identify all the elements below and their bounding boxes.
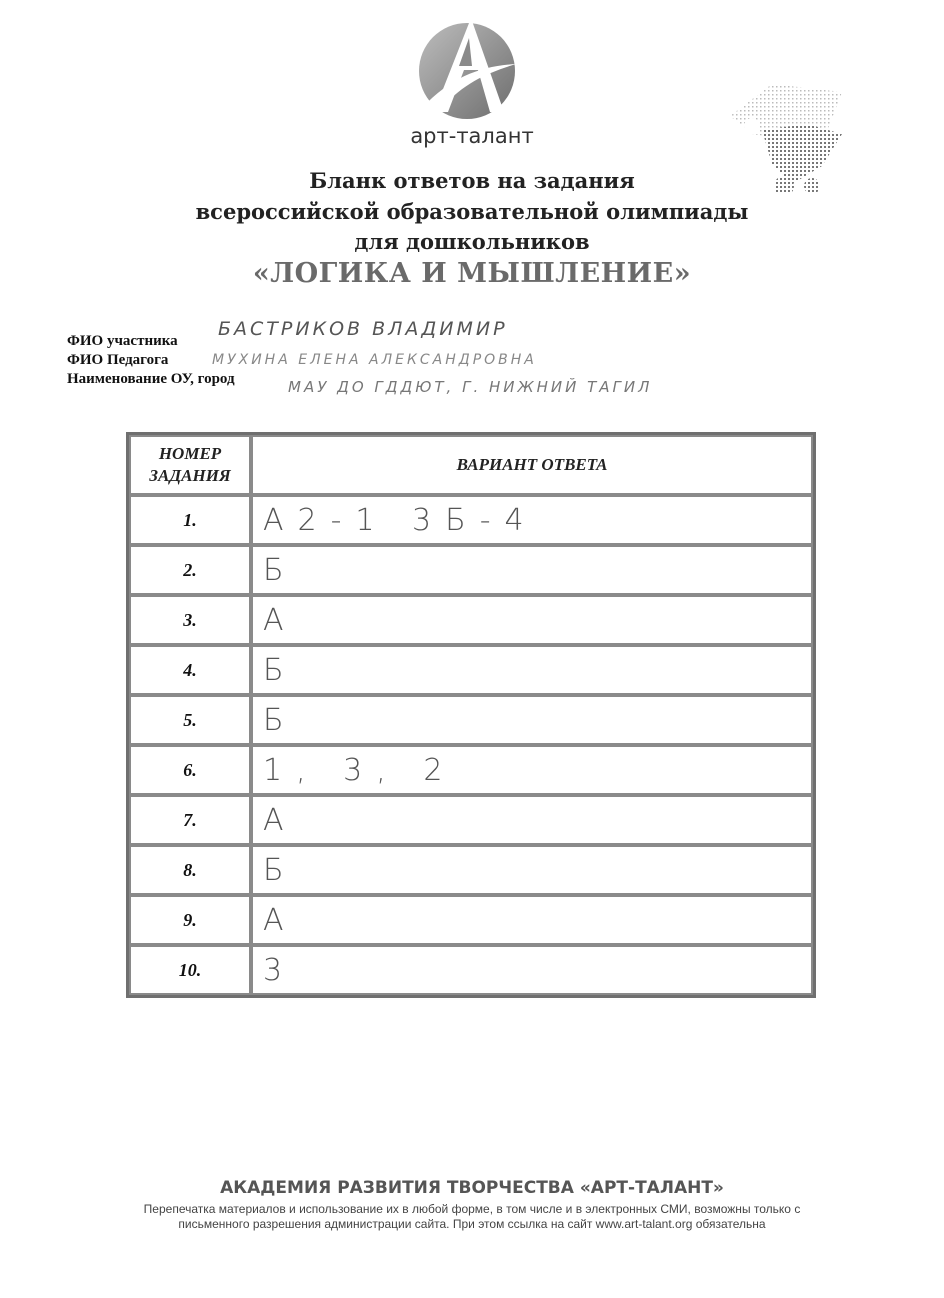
task-number: 9. (129, 895, 251, 945)
task-number: 1. (129, 495, 251, 545)
footer-notice-line1: Перепечатка материалов и использование и… (0, 1202, 944, 1216)
task-number: 8. (129, 845, 251, 895)
col-number-header-line2: ЗАДАНИЯ (149, 466, 230, 485)
answer-cell[interactable]: Б (251, 645, 813, 695)
task-number: 3. (129, 595, 251, 645)
form-title-line2: всероссийской образовательной олимпиады (0, 199, 944, 224)
answer-cell[interactable]: А (251, 595, 813, 645)
answer-cell[interactable]: Б (251, 845, 813, 895)
teacher-label: ФИО Педагога (67, 352, 168, 369)
col-answer-header: ВАРИАНТ ОТВЕТА (251, 435, 813, 495)
task-number: 2. (129, 545, 251, 595)
answer-table: НОМЕР ЗАДАНИЯ ВАРИАНТ ОТВЕТА 1.А2-1 3Б-4… (126, 432, 816, 998)
answer-cell[interactable]: А (251, 795, 813, 845)
task-number: 4. (129, 645, 251, 695)
answer-cell[interactable]: А (251, 895, 813, 945)
task-number: 6. (129, 745, 251, 795)
answer-cell[interactable]: Б (251, 695, 813, 745)
art-talant-logo-icon (412, 16, 522, 126)
form-title-line3: для дошкольников (0, 229, 944, 254)
participant-field[interactable]: Бастриков Владимир (218, 318, 508, 340)
table-row: 4.Б (129, 645, 813, 695)
teacher-field[interactable]: Мухина Елена Александровна (212, 352, 537, 368)
table-row: 7.А (129, 795, 813, 845)
answer-cell[interactable]: Б (251, 545, 813, 595)
footer-notice-line2: письменного разрешения администрации сай… (0, 1217, 944, 1231)
institution-field[interactable]: МАУ ДО ГДДЮТ, г. Нижний Тагил (288, 378, 652, 396)
table-row: 2.Б (129, 545, 813, 595)
footer-title: АКАДЕМИЯ РАЗВИТИЯ ТВОРЧЕСТВА «АРТ-ТАЛАНТ… (0, 1178, 944, 1198)
task-number: 5. (129, 695, 251, 745)
participant-label: ФИО участника (67, 333, 178, 350)
col-number-header: НОМЕР ЗАДАНИЯ (129, 435, 251, 495)
institution-label: Наименование ОУ, город (67, 371, 235, 388)
table-row: 5.Б (129, 695, 813, 745)
table-row: 6.1, 3, 2 (129, 745, 813, 795)
table-row: 10.3 (129, 945, 813, 995)
table-row: 8.Б (129, 845, 813, 895)
table-row: 1.А2-1 3Б-4 (129, 495, 813, 545)
task-number: 7. (129, 795, 251, 845)
col-number-header-line1: НОМЕР (159, 444, 221, 463)
table-row: 3.А (129, 595, 813, 645)
logo-text: арт-талант (392, 124, 552, 148)
table-header-row: НОМЕР ЗАДАНИЯ ВАРИАНТ ОТВЕТА (129, 435, 813, 495)
answer-cell[interactable]: А2-1 3Б-4 (251, 495, 813, 545)
table-row: 9.А (129, 895, 813, 945)
form-title-line1: Бланк ответов на задания (0, 168, 944, 193)
answer-cell[interactable]: 1, 3, 2 (251, 745, 813, 795)
task-number: 10. (129, 945, 251, 995)
answer-cell[interactable]: 3 (251, 945, 813, 995)
olympiad-name: «ЛОГИКА И МЫШЛЕНИЕ» (0, 258, 944, 289)
